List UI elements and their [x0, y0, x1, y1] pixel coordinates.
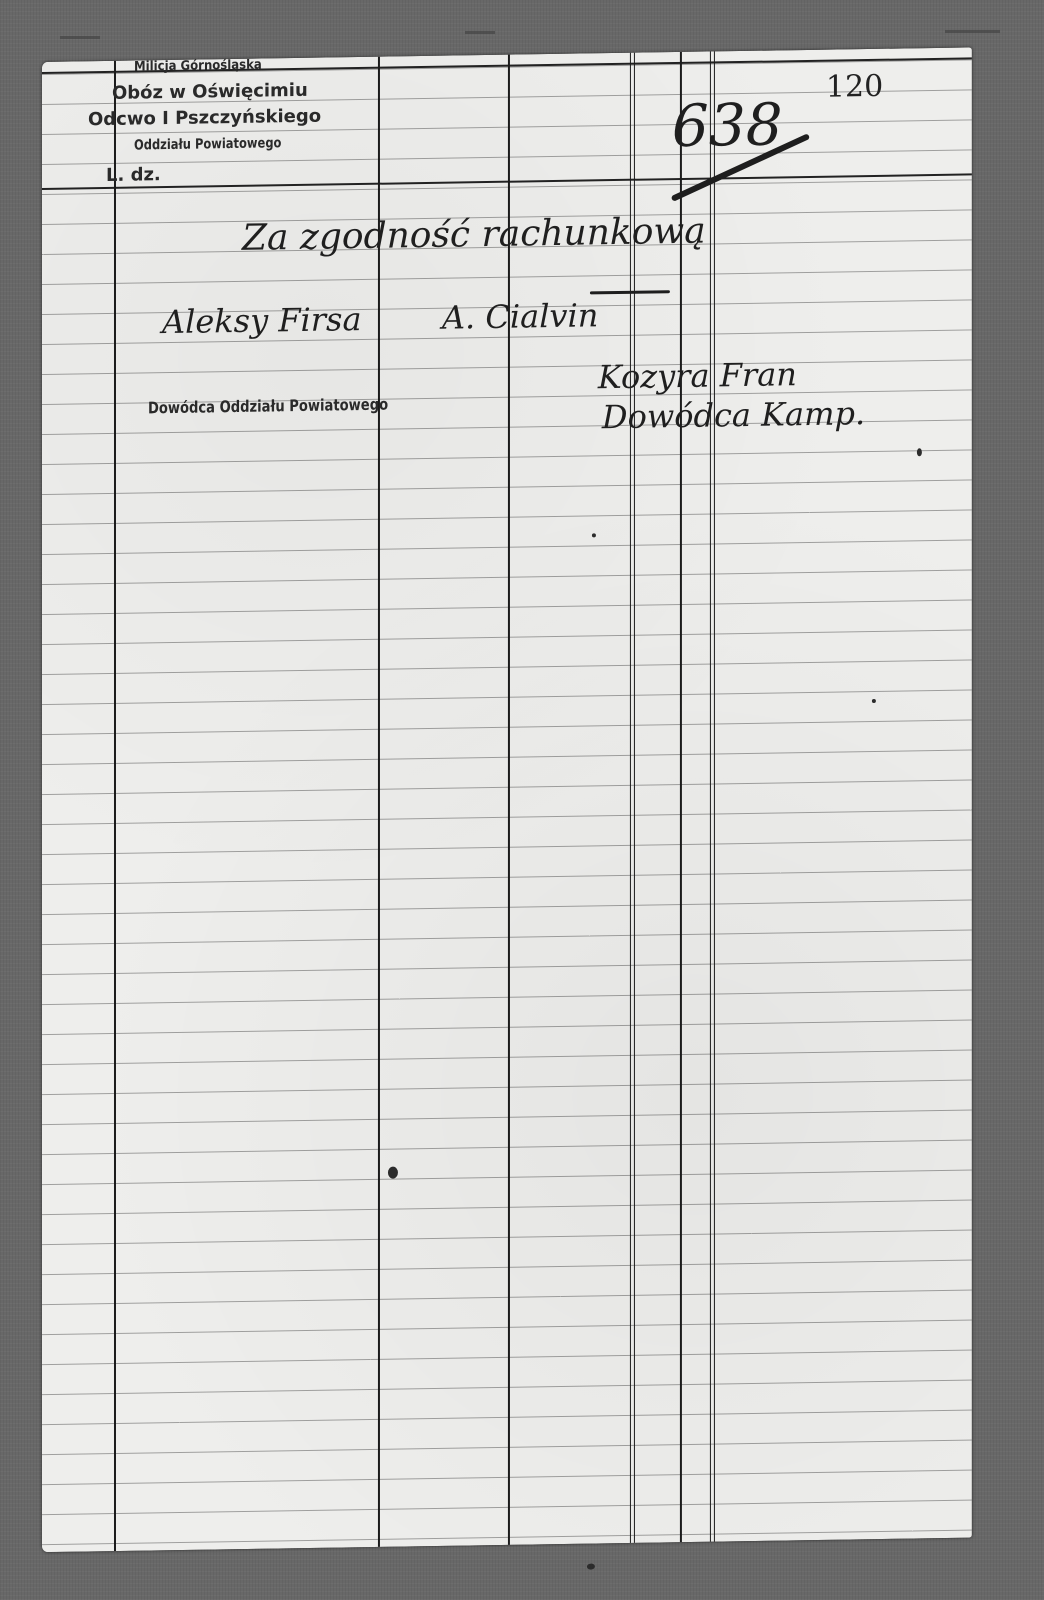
signature-right-title: Dowódca Kamp.	[602, 397, 865, 433]
register-number: 638	[672, 95, 783, 155]
column-rule-1	[378, 57, 380, 1547]
commander-stamp: Dowódca Oddziału Powiatowego	[148, 397, 388, 417]
ink-stain	[917, 448, 922, 456]
stamp-line-district: Odcwo I Pszczyńskiego	[88, 108, 321, 130]
scan-edge-mark	[60, 36, 100, 39]
stamp-line-militia: Milicja Górnośląska	[134, 59, 262, 74]
ink-stain	[587, 1564, 595, 1570]
signature-right-name: Kozyra Fran	[598, 358, 797, 393]
scan-edge-mark	[945, 30, 1000, 33]
stamp-line-camp: Obóz w Oświęcimiu	[112, 82, 308, 103]
signature-overline	[590, 290, 670, 294]
signature-left: Aleksy Firsa	[162, 303, 362, 338]
ledger-page: Milicja Górnośląska Obóz w Oświęcimiu Od…	[42, 47, 972, 1552]
folio-number: 120	[826, 69, 883, 105]
ink-stain	[388, 1167, 398, 1179]
column-rule-2	[508, 55, 510, 1545]
signature-middle: A. Cialvin	[442, 299, 598, 333]
column-rule-5a	[710, 51, 711, 1541]
certification-text: Za zgodność rachunkową	[242, 214, 706, 257]
column-rule-5b	[714, 51, 715, 1541]
column-rule-3b	[634, 53, 635, 1543]
stamp-line-ref: L. dz.	[106, 166, 161, 185]
ink-stain	[592, 533, 596, 537]
ink-stain	[872, 699, 876, 703]
column-rule-margin	[114, 61, 116, 1551]
column-rule-4	[680, 52, 682, 1542]
column-rule-3a	[630, 53, 631, 1543]
header-bottom-rule	[42, 173, 972, 190]
stamp-line-unit: Oddziału Powiatowego	[134, 136, 281, 152]
scan-edge-mark	[465, 31, 495, 34]
